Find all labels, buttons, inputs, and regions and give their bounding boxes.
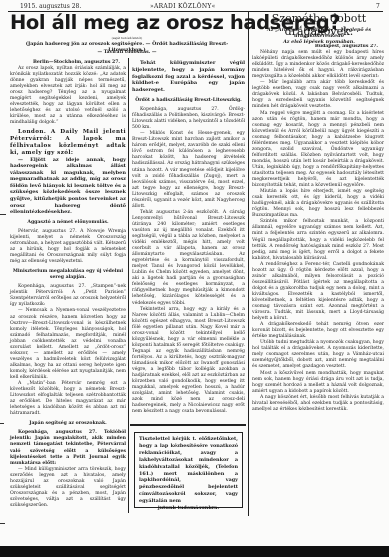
main-headline: Hol áll meg az orosz hadsereg? (10, 12, 242, 34)
article-column-2: Tehát külügyminiszter végül kijelentette… (132, 60, 245, 415)
paragraph: A nagy köszönet ért, később most felhívá… (252, 395, 384, 413)
newspaper-name: »ARADI KÖZLÖNY« (150, 3, 216, 10)
paragraph: Most a kőszívűvel nem mondhatták, hogy m… (252, 371, 384, 395)
paragraph: Tehát külügyminiszter végül kijelentette… (132, 60, 245, 94)
page-number: 7 (376, 3, 380, 10)
article-end-rule (130, 424, 246, 426)
paragraph: — Miklós Konst és Hesse-gyenek, egy Bres… (132, 131, 245, 210)
subheading: Miniszterium megalakulása egy új védelmi… (10, 269, 126, 281)
paragraph: A drágakőkereskedő tehát nemrég ötven ez… (252, 322, 384, 340)
margin-mark (0, 214, 6, 215)
paragraph: Miután a lopás híre elterjedt, ismét egy… (252, 189, 384, 219)
paragraph: Utóbb tudni megtudták a nyomozók csakugy… (252, 340, 384, 370)
notice-last-line: jutunk tudomásunkra. (139, 505, 238, 512)
byline: — Távirati tudósítás. — (8, 50, 246, 55)
subscriber-notice-box: Tisztelettel kérjük t. előfizetőinket, h… (134, 432, 243, 508)
margin-mark (0, 423, 4, 424)
paragraph: Az orosz lapok, nyíltan óriásiak számlál… (10, 66, 126, 126)
lead-paragraph: Kopenhága, augusztus 27. Tokióból jelent… (10, 430, 126, 466)
paragraph: Néhány napja sem múlt el egy budapesti h… (252, 50, 384, 80)
subheading: Aggasztó a német előnyomulás. (10, 220, 126, 226)
paragraph: Ma reggel végre megjött a csomag. Ez a k… (252, 111, 384, 190)
issue-date: 1915. augusztus 28. (20, 3, 81, 10)
paragraph: Kopenhága, augusztus 27. Ördög-főhadiszá… (132, 107, 245, 131)
article-column-3: Budapest, augusztus 27. Néhány napja sem… (252, 44, 384, 413)
paragraph: A rendőrséghez a Ferenc-tér, Castelli go… (252, 262, 384, 322)
column-divider-right (248, 11, 249, 516)
paragraph: — Nemcsak a Nyemen-vonal veszélyeztetve … (10, 308, 126, 381)
subheading: Japán segítség az oroszoknak. (10, 421, 126, 427)
paragraph: Szintén mikor felhoztak munkát, a közpon… (252, 219, 384, 261)
paragraph: — Mind külügyminiszter arra törekszik, h… (10, 467, 126, 509)
paragraph: — Eljött az ideje annak, hogy hadseregei… (10, 157, 126, 216)
paragraph: Pétervár, augusztus 27. A Nowoje Wremja … (10, 229, 126, 265)
paragraph: A „Matin”-ban Pétervár nemrég ezt a köve… (10, 381, 126, 417)
subheading: Ördöt a hadiszállásáig Breszt-Litowszkig… (132, 98, 245, 104)
lead-paragraph: London. A Daily Mail jelenti Pétervárról… (10, 129, 126, 157)
right-article-deck: Az „Aranyos” bűnlistája. — Meglepő és dr… (254, 27, 384, 45)
paragraph: — Már legalább arra akár több kereskedőt… (252, 80, 384, 110)
deck-line: Az „Aranyos” bűnlistája. — Meglepő és dr… (254, 27, 384, 39)
column-divider-left (128, 58, 129, 513)
scan-bottom-edge (0, 546, 389, 557)
article-column-1: Berlin—Stockholm, augusztus 27. Az orosz… (10, 60, 126, 509)
paragraph: Tehát augusztus 2-án eszközölt. A cárság… (132, 210, 245, 307)
notice-text: Tisztelettel kérjük t. előfizetőinket, h… (139, 436, 238, 504)
margin-mark (0, 523, 5, 524)
paragraph: Tekintettel arra, hogy egy a király és a… (132, 307, 245, 416)
paragraph: Kopenhága, augusztus 27. „Stampen”-nek j… (10, 284, 126, 308)
